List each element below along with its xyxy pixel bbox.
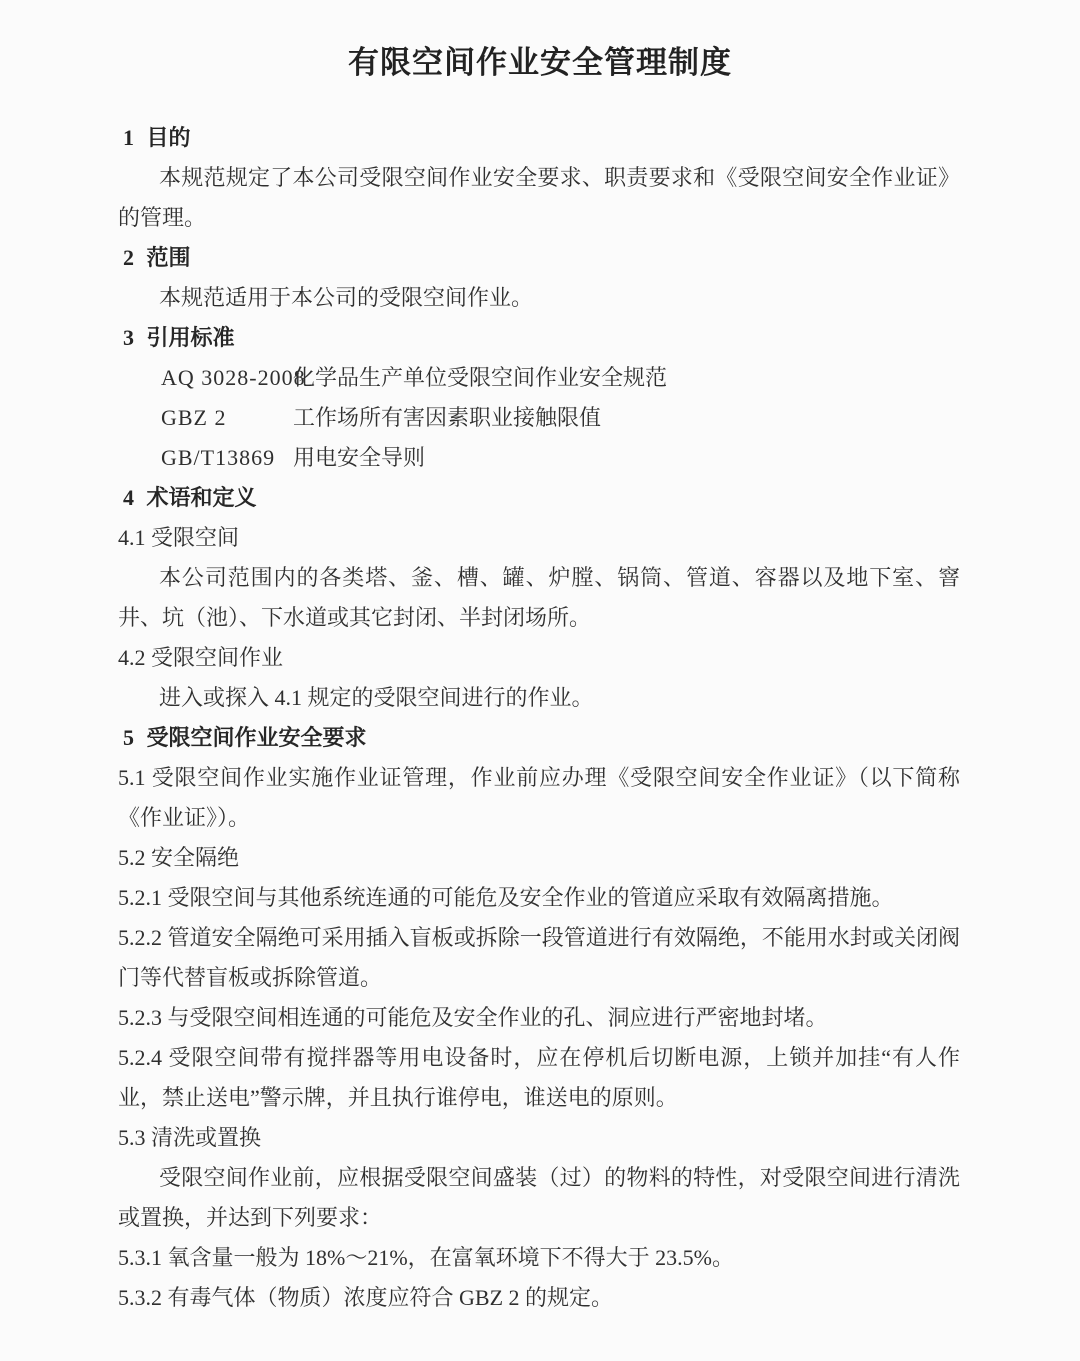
section-5-heading: 5 受限空间作业安全要求 [118,718,960,758]
clause-5-3-1: 5.3.1 氧含量一般为 18%～21%，在富氧环境下不得大于 23.5%。 [118,1238,960,1278]
term-4-1-definition: 本公司范围内的各类塔、釜、槽、罐、炉膛、锅筒、管道、容器以及地下室、窨井、坑（池… [118,558,960,638]
section-4-heading: 4 术语和定义 [118,478,960,518]
reference-item: AQ 3028-2008化学品生产单位受限空间作业安全规范 [118,358,960,398]
clause-5-2-3: 5.2.3 与受限空间相连通的可能危及安全作业的孔、洞应进行严密地封堵。 [118,998,960,1038]
term-4-2-label: 4.2 受限空间作业 [118,638,960,678]
term-4-1-label: 4.1 受限空间 [118,518,960,558]
clause-5-3: 5.3 清洗或置换 [118,1118,960,1158]
section-1-paragraph: 本规范规定了本公司受限空间作业安全要求、职责要求和《受限空间安全作业证》的管理。 [118,158,960,238]
reference-item: GB/T13869用电安全导则 [118,438,960,478]
reference-code: GBZ 2 [161,398,293,438]
section-1-heading: 1 目的 [118,118,960,158]
document-body: 1 目的 本规范规定了本公司受限空间作业安全要求、职责要求和《受限空间安全作业证… [0,118,1080,1318]
clause-5-2-1: 5.2.1 受限空间与其他系统连通的可能危及安全作业的管道应采取有效隔离措施。 [118,878,960,918]
section-2-heading: 2 范围 [118,238,960,278]
document-page: 有限空间作业安全管理制度 1 目的 本规范规定了本公司受限空间作业安全要求、职责… [0,0,1080,1361]
clause-5-3-2: 5.3.2 有毒气体（物质）浓度应符合 GBZ 2 的规定。 [118,1278,960,1318]
clause-5-3-paragraph: 受限空间作业前，应根据受限空间盛装（过）的物料的特性，对受限空间进行清洗或置换，… [118,1158,960,1238]
clause-5-2-4: 5.2.4 受限空间带有搅拌器等用电设备时，应在停机后切断电源，上锁并加挂“有人… [118,1038,960,1118]
term-4-2-definition: 进入或探入 4.1 规定的受限空间进行的作业。 [118,678,960,718]
document-title: 有限空间作业安全管理制度 [0,42,1080,84]
reference-item: GBZ 2工作场所有害因素职业接触限值 [118,398,960,438]
clause-5-2: 5.2 安全隔绝 [118,838,960,878]
reference-title: 用电安全导则 [293,445,425,470]
reference-code: AQ 3028-2008 [161,358,293,398]
section-3-heading: 3 引用标准 [118,318,960,358]
reference-code: GB/T13869 [161,438,293,478]
clause-5-1: 5.1 受限空间作业实施作业证管理，作业前应办理《受限空间安全作业证》（以下简称… [118,758,960,838]
section-2-paragraph: 本规范适用于本公司的受限空间作业。 [118,278,960,318]
reference-title: 化学品生产单位受限空间作业安全规范 [293,365,667,390]
reference-title: 工作场所有害因素职业接触限值 [293,405,601,430]
clause-5-2-2: 5.2.2 管道安全隔绝可采用插入盲板或拆除一段管道进行有效隔绝，不能用水封或关… [118,918,960,998]
